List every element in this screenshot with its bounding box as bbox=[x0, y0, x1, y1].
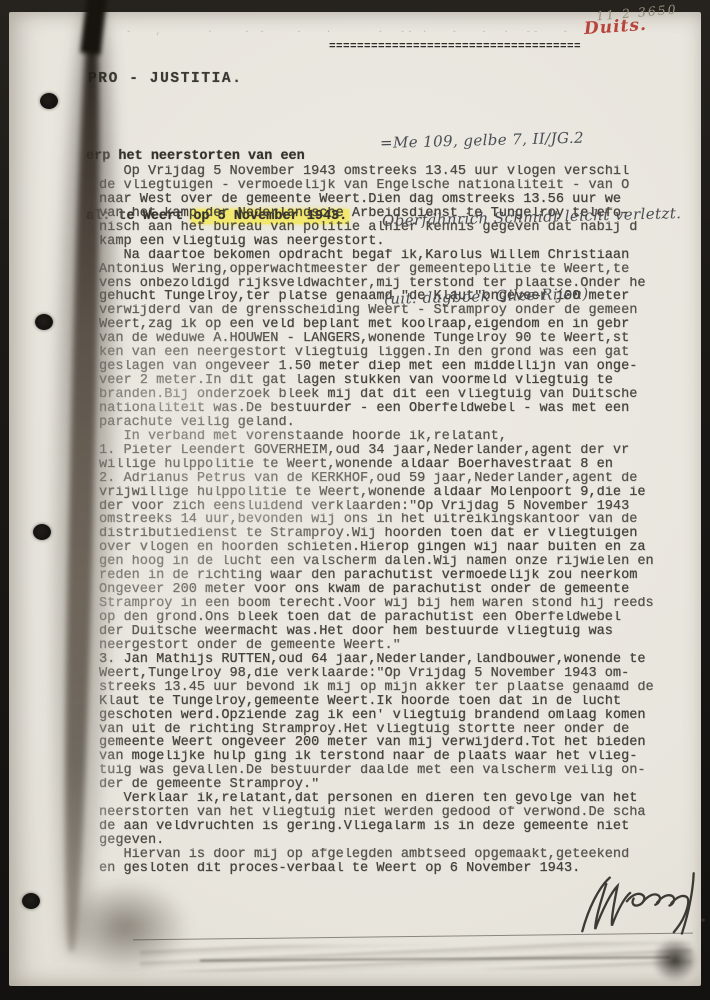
typed-line: parachute veilig geland. bbox=[99, 416, 666, 430]
typed-line: 2. Adrianus Petrus van de KERKHOF,oud 59… bbox=[99, 472, 666, 486]
typed-line: In verband met vorenstaande hoorde ik,re… bbox=[99, 430, 666, 444]
ghost-type-impressions: - , · - - - · - -- · - - · -- - bbox=[126, 27, 571, 37]
typed-line: vrijwillige hulppolitie te Weert,wonende… bbox=[99, 486, 666, 500]
typed-line: der Duitsche weermacht was.Het door hem … bbox=[99, 625, 666, 639]
typed-line: nationaliteit was.De bestuurder - een Ob… bbox=[99, 402, 666, 416]
typed-line: veer 2 meter.In dit gat lagen stukken va… bbox=[99, 374, 666, 388]
punch-hole-3 bbox=[33, 524, 51, 540]
typed-line: Klaut te Tungelroy,gemeente Weert.Ik hoo… bbox=[99, 695, 666, 709]
typed-line: reden in de richting waar den parachutis… bbox=[99, 569, 666, 583]
punch-hole-4 bbox=[22, 893, 40, 909]
typed-line: Weert,Tungelroy 98,die verklaarde:"Op Vr… bbox=[99, 667, 666, 681]
typed-line: omstreeks 14 uur,bevonden wij ons in het… bbox=[99, 513, 666, 527]
typed-line: Stramproy in een boom terecht.Voor wij b… bbox=[99, 597, 666, 611]
typed-line: streeks 13.45 uur bevond ik mij op mijn … bbox=[99, 681, 666, 695]
bottom-right-ink-blob bbox=[652, 938, 698, 982]
typed-line: gen hoog in de lucht een valscherm dalen… bbox=[99, 555, 666, 569]
typed-line: de aan veldvruchten is gering.Vliegalarm… bbox=[99, 820, 666, 834]
typed-line: der voor zich eensluidend verklaarden:"O… bbox=[99, 500, 666, 514]
typed-line: over vlogen en hoorden schieten.Hierop g… bbox=[99, 541, 666, 555]
handwritten-line-3: (uit: dagboek Gilze-Rijen) bbox=[384, 278, 684, 312]
typed-line: neerstorten van het vliegtuig niet werde… bbox=[99, 806, 666, 820]
document-title: PRO - JUSTITIA. bbox=[88, 71, 243, 87]
dashed-separator-rule: ==================================== bbox=[329, 41, 581, 53]
punch-hole-1 bbox=[40, 93, 58, 109]
typed-line: der de gemeente Stramproy." bbox=[99, 778, 666, 792]
handwritten-line-2: Oberfähnrich Schmidt leicht verletzt. bbox=[382, 200, 682, 234]
subject-text-1: het neerstorten van een bbox=[110, 149, 304, 164]
handwritten-annotation: =Me 109, gelbe 7, II/JG.2 Oberfähnrich S… bbox=[378, 70, 685, 364]
typed-line: gemeente Weert ongeveer 200 meter van mi… bbox=[99, 736, 666, 750]
typed-line: op den grond.Ons bleek toen dat de parac… bbox=[99, 611, 666, 625]
typed-line: Verklaar ik,relatant,dat personen en die… bbox=[99, 792, 666, 806]
typed-line: 3. Jan Mathijs RUTTEN,oud 64 jaar,Nederl… bbox=[99, 653, 666, 667]
typed-line: willige hulppolitie te Weert,wonende ald… bbox=[99, 458, 666, 472]
typed-line: neergestort onder de gemeente Weert." bbox=[99, 639, 666, 653]
typed-line: branden.Bij onderzoek bleek mij dat dit … bbox=[99, 388, 666, 402]
scanned-document-page: 11 2 3650 Duits. - , · - - - · - -- · - … bbox=[0, 0, 710, 1000]
typed-line: distributiedienst te Stramproy.Wij hoord… bbox=[99, 527, 666, 541]
typed-line: tuig was gevallen.De bestuurder daalde m… bbox=[99, 764, 666, 778]
punch-hole-2 bbox=[35, 314, 53, 330]
typed-line: geschoten werd.Opziende zag ik een' vlie… bbox=[99, 709, 666, 723]
typed-line: geslagen van ongeveer 1.50 meter diep me… bbox=[99, 360, 666, 374]
typed-line: gegeven. bbox=[99, 834, 666, 848]
typed-line: van mogelijke hulp ging ik terstond naar… bbox=[99, 750, 666, 764]
typed-line: van uit de richting Stramproy.Het vliegt… bbox=[99, 723, 666, 737]
typed-line: Ongeveer 200 meter voor ons kwam de para… bbox=[99, 583, 666, 597]
handwritten-line-1: =Me 109, gelbe 7, II/JG.2 bbox=[380, 122, 680, 156]
subject-line-1: erp het neerstorten van een bbox=[86, 147, 349, 167]
typed-line: 1. Pieter Leendert GOVERHEIM,oud 34 jaar… bbox=[99, 444, 666, 458]
